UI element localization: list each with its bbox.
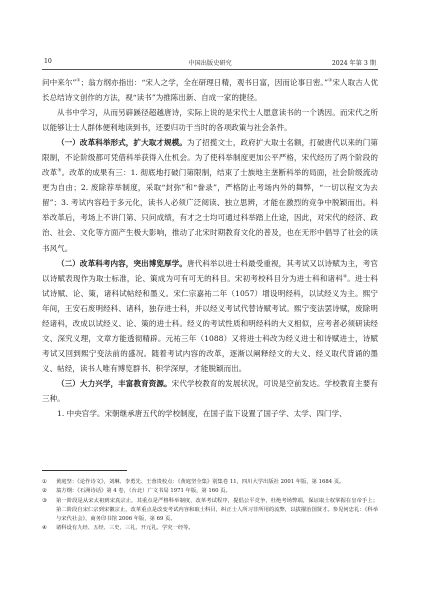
footnote-mark: ② bbox=[42, 487, 56, 496]
paragraph-section-2: （二）改革科考内容，突出博览厚学。唐代科举以进士科最受重视，其考试又以诗赋为主，… bbox=[42, 256, 378, 376]
footnote-mark: ① bbox=[42, 478, 56, 487]
journal-title: 中国出版史研究 bbox=[42, 58, 378, 67]
paragraph-continued: 问中来尔”①；翁方纲亦指出：“宋人之学，全在研理日精，观书日富，因而论事日密。”… bbox=[42, 75, 378, 105]
footnote-text: 翁方纲：《石洲诗话》第 4 卷，（台北）广文书局 1971 年版，第 160 页… bbox=[56, 487, 378, 496]
section-heading-3: （三）大力兴学，丰富教育资源。 bbox=[57, 379, 172, 388]
footnote-1: ① 黄庭坚：《论作诗文》，刘琳、李勇先、王蓉贵校点：《黄庭坚全集》别集卷 11，… bbox=[42, 478, 378, 487]
text-run: 。改革的成果有三：1. 彻底地打破门第限制，结束了士族地主垄断科举的局面，社会阶… bbox=[42, 168, 378, 252]
footnote-mark: ③ bbox=[42, 497, 56, 525]
paragraph-central-official-school: 1. 中央官学。宋朝继承唐五代的学校制度，在国子监下设置了国子学、太学、四门学、 bbox=[42, 406, 378, 421]
footnote-4: ④ 诸科设有九经、五经、三史、三礼、开元礼、学究一经等。 bbox=[42, 524, 378, 533]
paragraph-section-3: （三）大力兴学，丰富教育资源。宋代学校教育的发展状况，可说是空前发达。学校教育主… bbox=[42, 376, 378, 406]
footnote-divider bbox=[42, 470, 127, 471]
footnote-3: ③ 第一阶段是从宋太祖到宋真宗止，其重点是严格科举制度，改革考试程序，提倡公平竞… bbox=[42, 497, 378, 525]
paragraph-intro: 从书中学习，从而另辟蹊径超越唐诗，实际上说的是宋代士人愿意读书的一个诱因。而宋代… bbox=[42, 105, 378, 135]
footnote-text: 黄庭坚：《论作诗文》，刘琳、李勇先、王蓉贵校点：《黄庭坚全集》别集卷 11，四川… bbox=[56, 478, 378, 487]
text-run: 。进士科试诗赋、论、策，诸科试帖经和墨义。宋仁宗嘉祐二年（1057）增设明经科，… bbox=[42, 274, 378, 373]
text-run: ；翁方纲亦指出：“宋人之学，全在研理日精，观书日富，因而论事日密。” bbox=[81, 78, 329, 87]
footnotes: ① 黄庭坚：《论作诗文》，刘琳、李勇先、王蓉贵校点：《黄庭坚全集》别集卷 11，… bbox=[42, 478, 378, 534]
footnote-text: 诸科设有九经、五经、三史、三礼、开元礼、学究一经等。 bbox=[56, 524, 378, 533]
footnote-mark: ④ bbox=[42, 524, 56, 533]
footnote-text: 第一阶段是从宋太祖到宋真宗止，其重点是严格科举制度，改革考试程序，提倡公平竞争，… bbox=[56, 497, 378, 525]
running-header: 10 中国出版史研究 2024 年第 3 期 bbox=[42, 57, 378, 70]
journal-page: 10 中国出版史研究 2024 年第 3 期 问中来尔”①；翁方纲亦指出：“宋人… bbox=[0, 0, 427, 601]
article-body: 问中来尔”①；翁方纲亦指出：“宋人之学，全在研理日精，观书日富，因而论事日密。”… bbox=[42, 75, 378, 421]
section-heading-1: （一）改革科举形式，扩大取才规模。 bbox=[57, 138, 187, 147]
paragraph-section-1: （一）改革科举形式，扩大取才规模。为了招揽文士，政府扩大取士名额，打破唐代以来的… bbox=[42, 135, 378, 255]
section-heading-2: （二）改革科考内容，突出博览厚学。 bbox=[57, 259, 187, 268]
issue-label: 2024 年第 3 期 bbox=[332, 58, 376, 67]
text-run: 问中来尔” bbox=[42, 78, 76, 87]
footnote-2: ② 翁方纲：《石洲诗话》第 4 卷，（台北）广文书局 1971 年版，第 160… bbox=[42, 487, 378, 496]
